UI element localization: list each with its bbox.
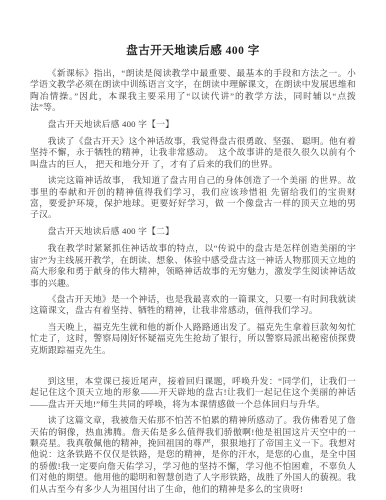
paragraph-fogg-story: 当天晚上，福克先生就和他的新仆人路路通出发了。福克先生拿着巨款匆匆忙忙走了，这时… [30,322,356,356]
paragraph-essay-two-b: 《盘古开天地》是一个神话，也是我最喜欢的一篇课文，只要一有时间我就读这篇课文，盘… [30,294,356,317]
paragraph-essay-one-a: 我读了《盘古开天》这个神话故事，我觉得盘古很勇敢、坚强、 聪明。他有着坚持不懈，… [30,136,356,170]
paragraph-intro: 《新课标》指出，“朗读是阅读教学中最重要、最基本的手段和方法之一。小学语文教学必… [30,68,356,114]
paragraph-lesson-closing: 到这里，本堂课已接近尾声，接着回归课题，呼唤升发：“同学们，让我们一起记住这个顶… [30,376,356,410]
paragraph-essay-one-b: 读完这篇神话故事， 我知道了盘古用自己的身体创造了一个美丽 的世界。故事里的奉献… [30,175,356,221]
section-heading-one: 盘古开天地读后感 400 字【一】 [30,119,356,130]
document-title: 盘古开天地读后感 400 字 [30,42,356,58]
paragraph-zhan-tianyou: 读了这篇文章，我被詹天佑那不怕苦不怕累的精神所感动了。我仿佛看见了詹天佑的铜像，… [30,415,356,495]
section-heading-two: 盘古开天地读后感 400 字【二】 [30,226,356,237]
paragraph-essay-two-a: 我在教学时紧紧抓住神话故事的特点，以“传说中的盘古是怎样创造美丽的宇宙?”为主线… [30,243,356,289]
document-page: 盘古开天地读后感 400 字 《新课标》指出，“朗读是阅读教学中最重要、最基本的… [0,0,386,500]
